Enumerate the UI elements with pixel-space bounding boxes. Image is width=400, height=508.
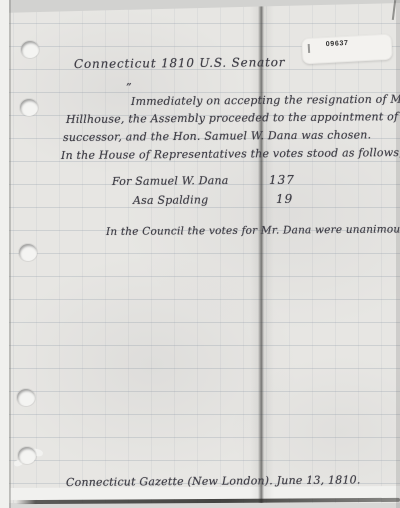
vote-count: 137 [269,173,295,187]
page-right-edge [396,0,400,508]
page-crease [258,0,264,503]
label-tick-mark [308,44,310,53]
ruled-lines [9,0,400,508]
scanned-document-page: 09637 Connecticut 1810 U.S. Senator ” Im… [0,0,400,508]
scanner-background-left [0,0,9,508]
citation-line: Connecticut Gazette (New London). June 1… [66,473,361,489]
catalog-number: 09637 [326,40,349,48]
vote-count: 19 [276,192,293,206]
vote-candidate: Asa Spalding [133,193,209,207]
hole-punch-icon [19,244,37,261]
manuscript-line: Immediately on accepting the resignation… [131,93,400,108]
vote-candidate: For Samuel W. Dana [112,174,229,188]
manuscript-line: In the Council the votes for Mr. Dana we… [106,223,400,238]
manuscript-line: successor, and the Hon. Samuel W. Dana w… [63,128,371,144]
page-left-edge [9,0,11,508]
hole-punch-icon [20,99,38,116]
hole-punch-icon [17,389,35,406]
hole-punch-icon [21,41,39,58]
catalog-label: 09637 [301,34,392,65]
document-title: Connecticut 1810 U.S. Senator [74,55,285,71]
hole-punch-icon [18,447,36,464]
open-quote-mark: ” [126,81,132,94]
